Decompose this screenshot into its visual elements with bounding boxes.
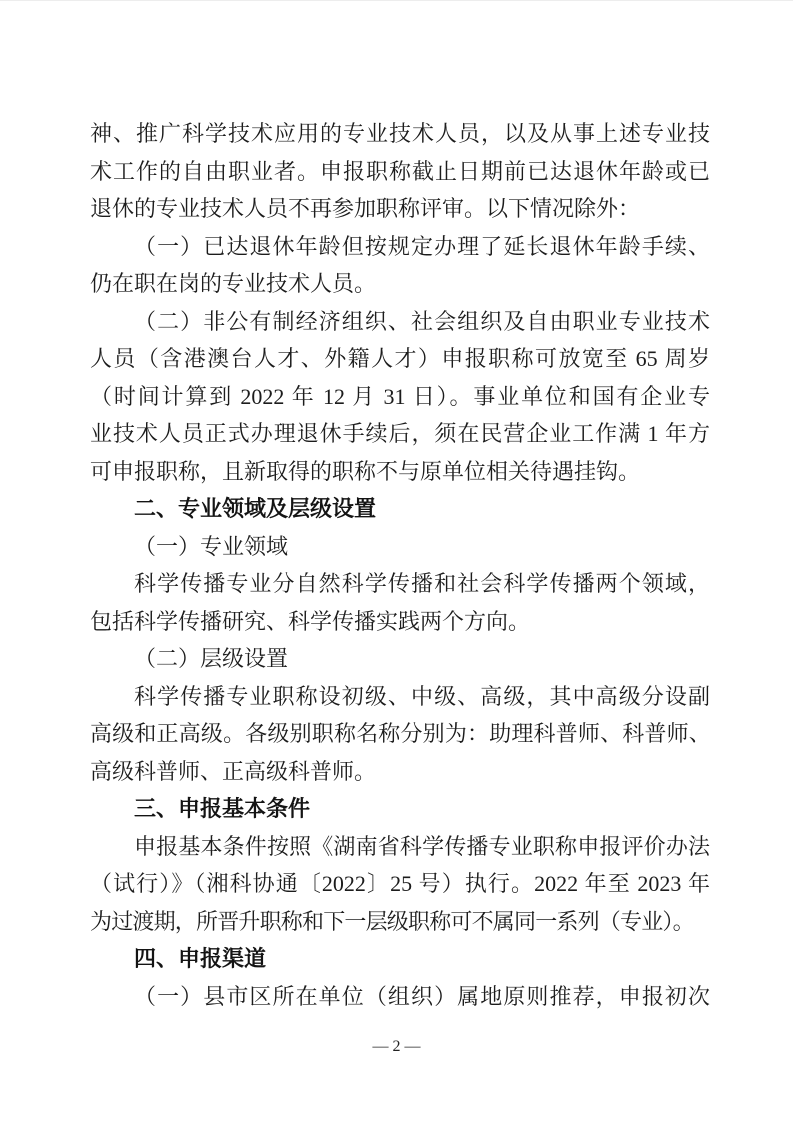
body-line: 业技术人员正式办理退休手续后，须在民营企业工作满 1 年方	[90, 415, 710, 453]
body-line: 退休的专业技术人员不再参加职称评审。以下情况除外：	[90, 190, 710, 228]
body-line: 术工作的自由职业者。申报职称截止日期前已达退休年龄或已	[90, 153, 710, 191]
body-line: 神、推广科学技术应用的专业技术人员，以及从事上述专业技	[90, 115, 710, 153]
document-body: 神、推广科学技术应用的专业技术人员，以及从事上述专业技 术工作的自由职业者。申报…	[90, 115, 710, 1015]
section-heading: 四、申报渠道	[90, 940, 710, 978]
body-line: （一）已达退休年龄但按规定办理了延长退休年龄手续、	[90, 228, 710, 266]
body-line: 高级科普师、正高级科普师。	[90, 753, 710, 791]
body-line: 为过渡期，所晋升职称和下一层级职称可不属同一系列（专业）。	[90, 903, 710, 941]
body-line: 高级和正高级。各级别职称名称分别为：助理科普师、科普师、	[90, 715, 710, 753]
body-line: 可申报职称，且新取得的职称不与原单位相关待遇挂钩。	[90, 453, 710, 491]
body-line: （一）专业领域	[90, 528, 710, 566]
page-number: — 2 —	[0, 1037, 793, 1057]
section-heading: 三、申报基本条件	[90, 790, 710, 828]
body-line: （二）层级设置	[90, 640, 710, 678]
body-line: 包括科学传播研究、科学传播实践两个方向。	[90, 603, 710, 641]
body-line: （二）非公有制经济组织、社会组织及自由职业专业技术	[90, 303, 710, 341]
body-line: 科学传播专业分自然科学传播和社会科学传播两个领域，	[90, 565, 710, 603]
body-line: 仍在职在岗的专业技术人员。	[90, 265, 710, 303]
body-line: （时间计算到 2022 年 12 月 31 日）。事业单位和国有企业专	[90, 378, 710, 416]
section-heading: 二、专业领域及层级设置	[90, 490, 710, 528]
body-line: （试行）》（湘科协通〔2022〕25 号）执行。2022 年至 2023 年	[90, 865, 710, 903]
body-line: 人员（含港澳台人才、外籍人才）申报职称可放宽至 65 周岁	[90, 340, 710, 378]
document-page: 神、推广科学技术应用的专业技术人员，以及从事上述专业技 术工作的自由职业者。申报…	[0, 0, 793, 1122]
body-line: 申报基本条件按照《湖南省科学传播专业职称申报评价办法	[90, 828, 710, 866]
body-line: 科学传播专业职称设初级、中级、高级，其中高级分设副	[90, 678, 710, 716]
body-line: （一）县市区所在单位（组织）属地原则推荐，申报初次	[90, 978, 710, 1016]
